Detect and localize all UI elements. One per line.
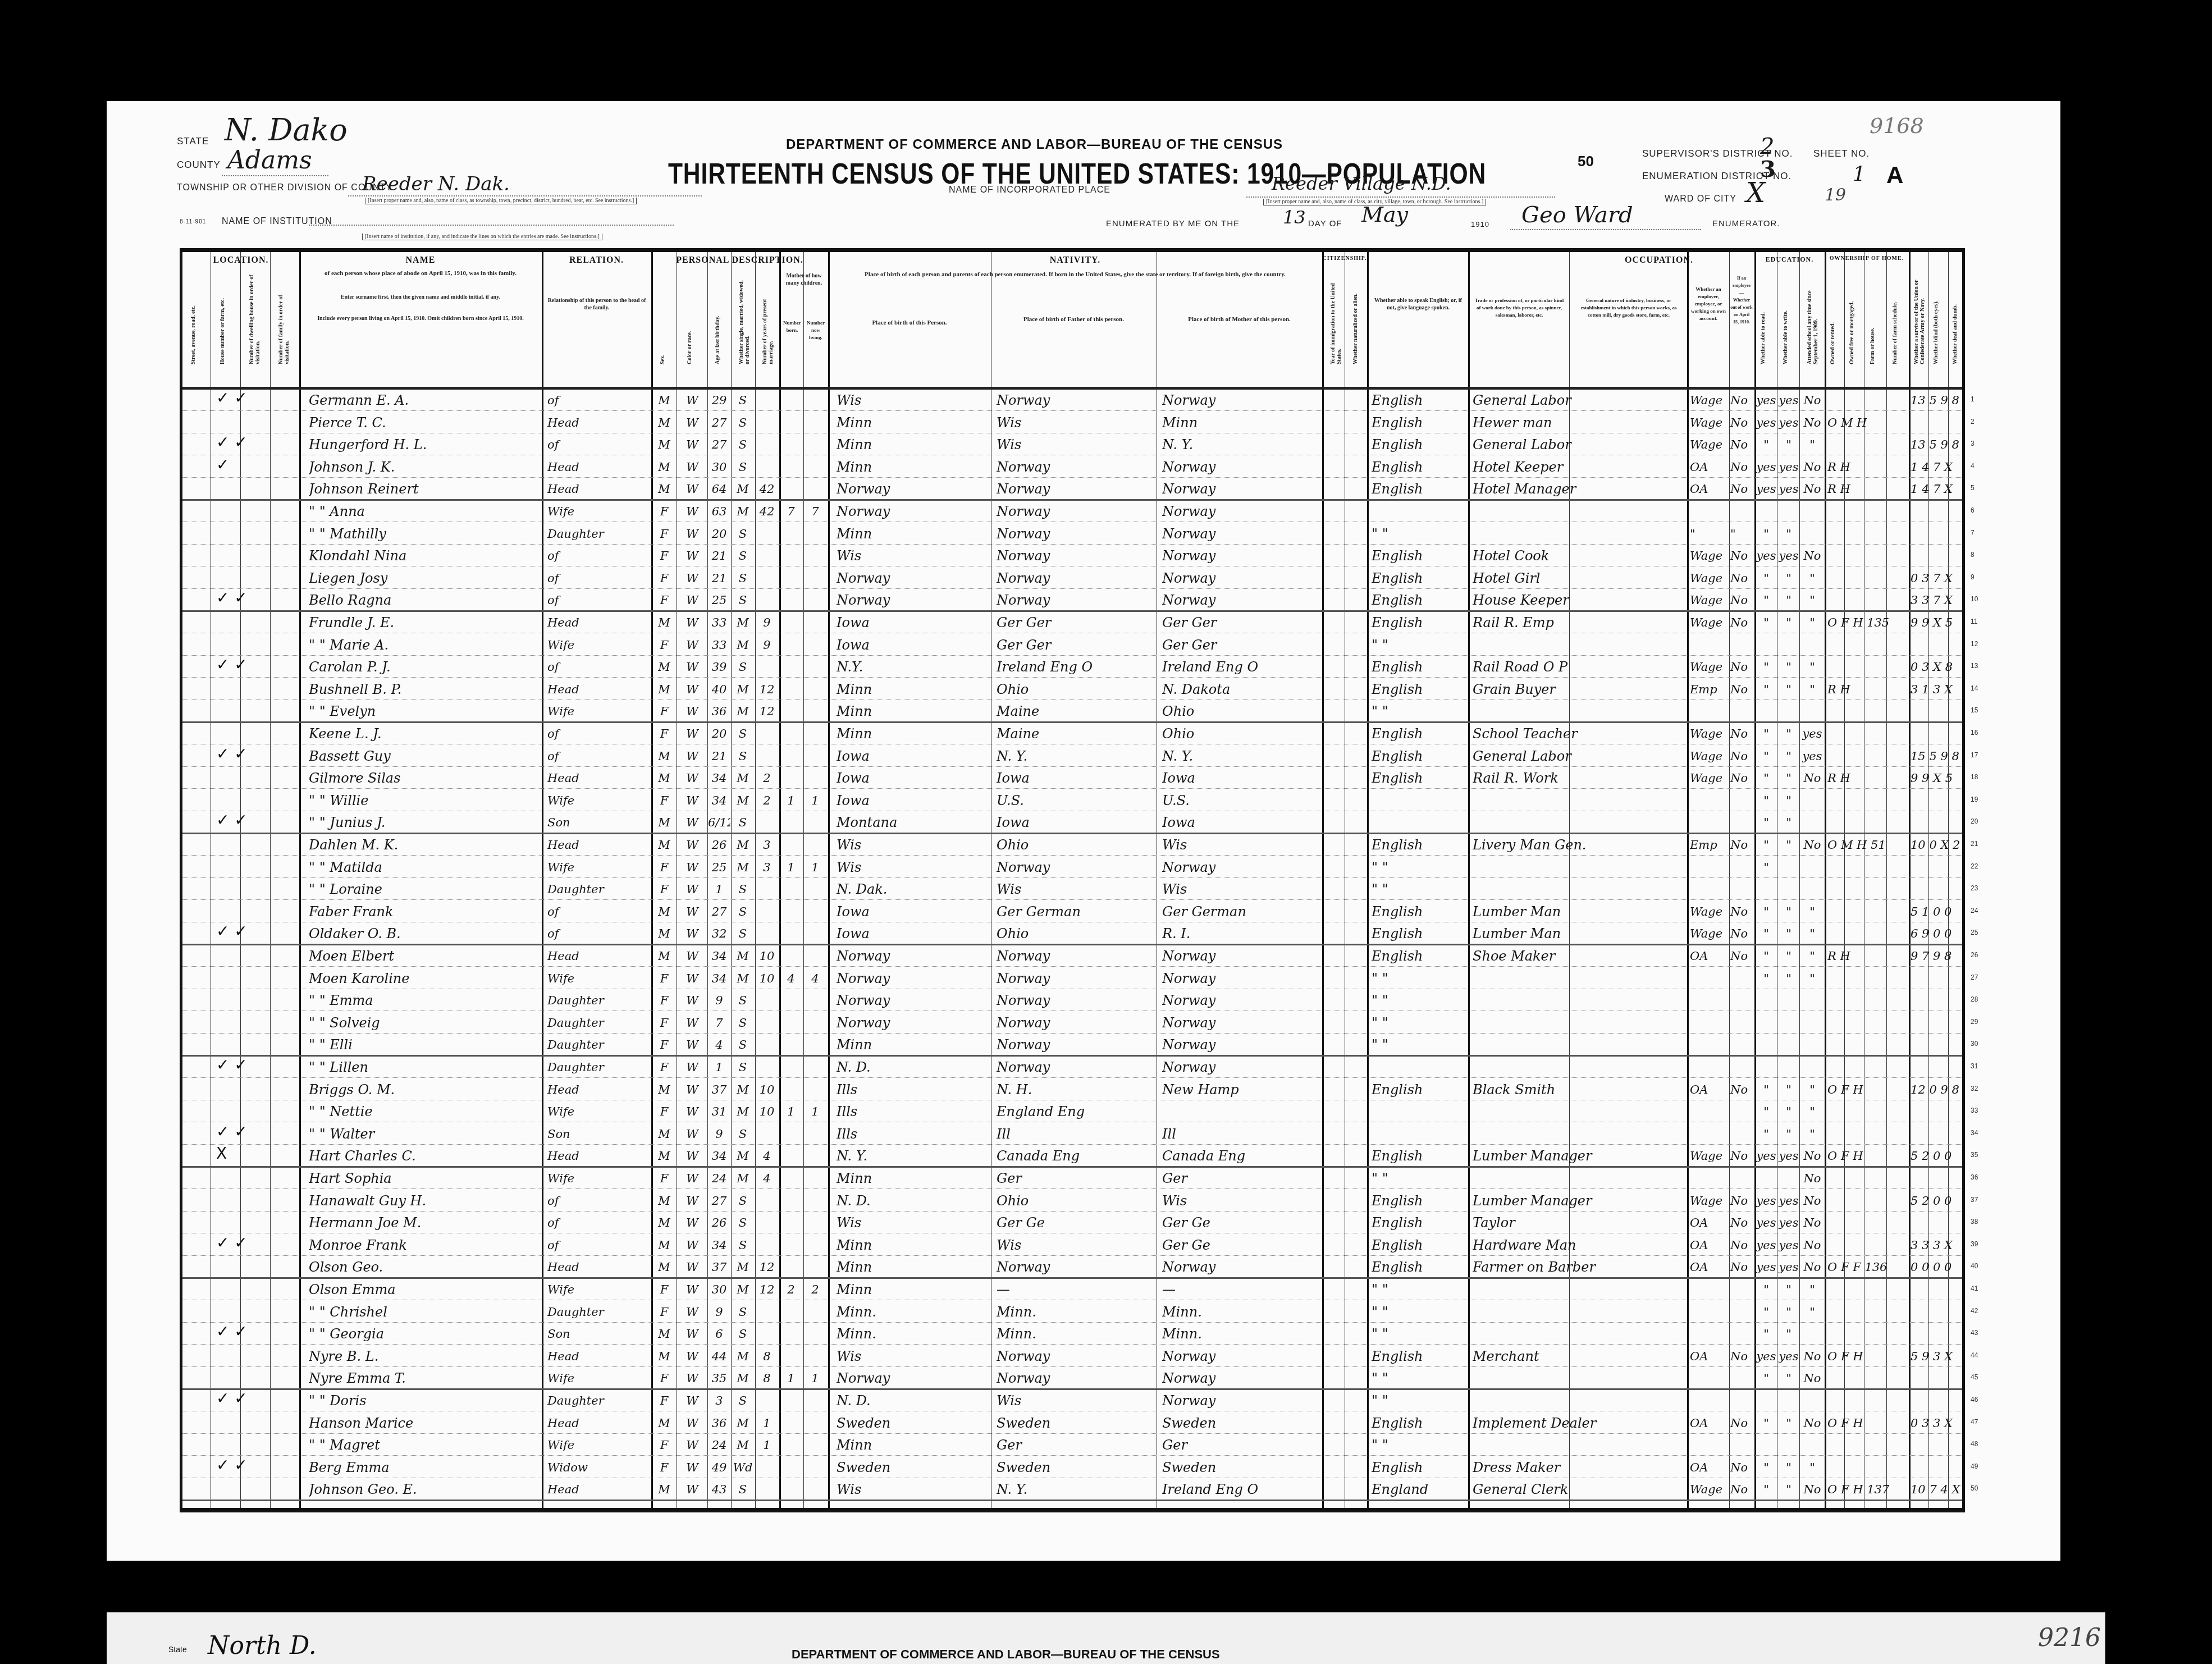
can-read: yes	[1756, 413, 1777, 432]
years-married: 12	[756, 680, 778, 699]
marital-status: M	[732, 680, 754, 699]
can-write: "	[1778, 947, 1799, 966]
age: 35	[708, 1369, 730, 1388]
sex: F	[653, 524, 675, 543]
birthplace: Wis	[837, 1213, 988, 1232]
can-read: "	[1756, 524, 1777, 543]
can-write: "	[1778, 835, 1799, 854]
attended-school: No	[1800, 391, 1824, 410]
person-name: Keene L. J.	[309, 724, 539, 743]
mother-birthplace: New Hamp	[1162, 1080, 1319, 1099]
mother-birthplace: Norway	[1162, 502, 1319, 521]
mother-birthplace: Norway	[1162, 524, 1319, 543]
marital-status: S	[732, 657, 754, 676]
mother-birthplace: Ger	[1162, 1169, 1319, 1188]
mother-birthplace: Norway	[1162, 591, 1319, 610]
age: 21	[708, 569, 730, 588]
home-ownership	[1827, 1369, 1909, 1388]
years-married: 8	[756, 1369, 778, 1388]
coding-marks	[1911, 1013, 1967, 1032]
can-write: "	[1778, 902, 1799, 921]
coding-marks: 12 0 9 8	[1911, 1080, 1967, 1099]
marital-status: M	[732, 613, 754, 632]
children-living	[804, 1124, 826, 1144]
subheader-farm-schedule: Number of farm schedule.	[1892, 275, 1898, 364]
children-born	[780, 435, 802, 454]
father-birthplace: N. H.	[997, 1080, 1154, 1099]
can-read: "	[1756, 1324, 1777, 1343]
age: 37	[708, 1258, 730, 1277]
children-living	[804, 813, 826, 832]
attended-school: "	[1800, 613, 1824, 632]
birthplace: Iowa	[837, 769, 988, 788]
table-row: Liegen Josy of F W 21 S Norway Norway No…	[182, 568, 1962, 589]
children-born	[780, 1436, 802, 1455]
father-birthplace: Norway	[997, 1369, 1154, 1388]
marital-status: S	[732, 391, 754, 410]
race: W	[678, 613, 707, 632]
home-ownership	[1827, 902, 1909, 921]
marital-status: S	[732, 1058, 754, 1077]
sex: F	[653, 1102, 675, 1121]
attended-school: "	[1800, 969, 1824, 988]
home-ownership: O M H 51	[1827, 835, 1909, 854]
marital-status: S	[732, 1324, 754, 1343]
children-living: 1	[804, 791, 826, 810]
occupation: Livery Man Gen.	[1473, 835, 1680, 854]
coding-marks: 3 3 3 X	[1911, 1236, 1967, 1255]
out-of-work: No	[1730, 835, 1754, 854]
person-name: " " Loraine	[309, 880, 539, 899]
children-born	[780, 613, 802, 632]
home-ownership	[1827, 791, 1909, 810]
out-of-work: No	[1730, 1191, 1754, 1210]
marital-status: M	[732, 947, 754, 966]
line-number: 6	[1971, 506, 1975, 514]
birthplace: Wis	[837, 1480, 988, 1499]
age: 34	[708, 1146, 730, 1165]
coding-marks	[1911, 1458, 1967, 1477]
sex: F	[653, 1458, 675, 1477]
home-ownership	[1827, 924, 1909, 943]
language: English	[1372, 1236, 1466, 1255]
relation: of	[547, 724, 648, 743]
person-name: Hanson Marice	[309, 1414, 539, 1433]
mother-birthplace: Minn.	[1162, 1324, 1319, 1343]
checkmark-icon: ✓ ✓	[216, 1055, 248, 1074]
occupation: General Clerk	[1473, 1480, 1680, 1499]
occupation: Merchant	[1473, 1347, 1680, 1366]
can-write	[1778, 1436, 1799, 1455]
coding-marks	[1911, 1102, 1967, 1121]
person-name: " " Lillen	[309, 1058, 539, 1077]
checkmark-icon: ✓ ✓	[216, 744, 248, 763]
employment-class: OA	[1690, 1236, 1728, 1255]
race: W	[678, 569, 707, 588]
person-name: " " Willie	[309, 791, 539, 810]
can-read	[1756, 502, 1777, 521]
birthplace: Wis	[837, 835, 988, 854]
attended-school: "	[1800, 1080, 1824, 1099]
sex: M	[653, 680, 675, 699]
employment-class: Wage	[1690, 769, 1728, 788]
marital-status: S	[732, 1236, 754, 1255]
children-living	[804, 435, 826, 454]
line-number: 34	[1971, 1129, 1978, 1137]
person-name: Johnson Geo. E.	[309, 1480, 539, 1499]
sex: M	[653, 413, 675, 432]
sex: M	[653, 769, 675, 788]
father-birthplace: Maine	[997, 702, 1154, 721]
line-number: 15	[1971, 706, 1978, 714]
attended-school: No	[1800, 1146, 1824, 1165]
table-row: " " Solveig Daughter F W 7 S Norway Norw…	[182, 1012, 1962, 1034]
language: English	[1372, 591, 1466, 610]
language: English	[1372, 458, 1466, 477]
employment-class	[1690, 1436, 1728, 1455]
township-label: Township or other division of county	[177, 183, 392, 193]
birthplace: Norway	[837, 969, 988, 988]
home-ownership	[1827, 1035, 1909, 1054]
children-living	[804, 702, 826, 721]
mother-birthplace: Norway	[1162, 1035, 1319, 1054]
years-married	[756, 1213, 778, 1232]
language: English	[1372, 1191, 1466, 1210]
years-married: 8	[756, 1347, 778, 1366]
home-ownership	[1827, 702, 1909, 721]
attended-school: No	[1800, 1236, 1824, 1255]
relation: Son	[547, 1324, 648, 1343]
sex: F	[653, 702, 675, 721]
person-name: Oldaker O. B.	[309, 924, 539, 943]
language: " "	[1372, 1169, 1466, 1188]
can-read: "	[1756, 902, 1777, 921]
home-ownership	[1827, 858, 1909, 877]
employment-class: OA	[1690, 458, 1728, 477]
age: 36	[708, 702, 730, 721]
birthplace: Ills	[837, 1080, 988, 1099]
years-married	[756, 458, 778, 477]
father-birthplace: Ohio	[997, 835, 1154, 854]
person-name: Hart Charles C.	[309, 1146, 539, 1165]
can-write: "	[1778, 1302, 1799, 1322]
can-read: "	[1756, 1102, 1777, 1121]
relation: Widow	[547, 1458, 648, 1477]
subheader-language: Whether able to speak English; or, if no…	[1373, 297, 1464, 312]
father-birthplace: Ohio	[997, 924, 1154, 943]
marital-status: M	[732, 1436, 754, 1455]
person-name: Briggs O. M.	[309, 1080, 539, 1099]
race: W	[678, 458, 707, 477]
language: English	[1372, 835, 1466, 854]
children-living	[804, 1347, 826, 1366]
home-ownership	[1827, 569, 1909, 588]
race: W	[678, 1391, 707, 1410]
children-living	[804, 947, 826, 966]
father-birthplace: Norway	[997, 502, 1154, 521]
sex: M	[653, 458, 675, 477]
language: English	[1372, 479, 1466, 499]
age: 27	[708, 435, 730, 454]
race: W	[678, 1236, 707, 1255]
children-living	[804, 1458, 826, 1477]
birthplace: Minn	[837, 680, 988, 699]
race: W	[678, 880, 707, 899]
subheader-street: Street, avenue, road, etc.	[190, 275, 196, 364]
race: W	[678, 391, 707, 410]
coding-marks: 1 4 7 X	[1911, 458, 1967, 477]
can-read	[1756, 1436, 1777, 1455]
birthplace: Ills	[837, 1102, 988, 1121]
mother-birthplace: N. Dakota	[1162, 680, 1319, 699]
relation: Head	[547, 1258, 648, 1277]
father-birthplace: Ger Ger	[997, 636, 1154, 655]
attended-school	[1800, 991, 1824, 1010]
coding-marks: 3 3 7 X	[1911, 591, 1967, 610]
children-born: 1	[780, 1369, 802, 1388]
coding-marks: 13 5 9 8	[1911, 435, 1967, 454]
mother-birthplace: Norway	[1162, 991, 1319, 1010]
age: 34	[708, 1236, 730, 1255]
years-married: 3	[756, 858, 778, 877]
coding-marks: 5 1 0 0	[1911, 902, 1967, 921]
language: " "	[1372, 1013, 1466, 1032]
children-born	[780, 769, 802, 788]
employment-class	[1690, 636, 1728, 655]
age: 25	[708, 591, 730, 610]
coding-marks	[1911, 880, 1967, 899]
birthplace: Minn	[837, 524, 988, 543]
years-married: 10	[756, 969, 778, 988]
home-ownership	[1827, 657, 1909, 676]
birthplace: Norway	[837, 591, 988, 610]
can-write: "	[1778, 1324, 1799, 1343]
employment-class: OA	[1690, 479, 1728, 499]
table-row: Johnson Reinert Head M W 64 M 42 Norway …	[182, 478, 1962, 501]
table-row: Frundle J. E. Head M W 33 M 9 Iowa Ger G…	[182, 612, 1962, 633]
person-name: Nyre B. L.	[309, 1347, 539, 1366]
years-married	[756, 1058, 778, 1077]
age: 21	[708, 747, 730, 766]
race: W	[678, 546, 707, 565]
subheader-veteran: Whether a survivor of the Union or Confe…	[1913, 258, 1926, 364]
sex: M	[653, 613, 675, 632]
age: 43	[708, 1480, 730, 1499]
employment-class	[1690, 1169, 1728, 1188]
sex: F	[653, 880, 675, 899]
mother-birthplace: Norway	[1162, 569, 1319, 588]
department-heading: DEPARTMENT OF COMMERCE AND LABOR—BUREAU …	[786, 137, 1283, 153]
home-ownership: O F H	[1827, 1347, 1909, 1366]
years-married	[756, 1324, 778, 1343]
marital-status: S	[732, 724, 754, 743]
employment-class	[1690, 1013, 1728, 1032]
mother-birthplace: R. I.	[1162, 924, 1319, 943]
attended-school: No	[1800, 1169, 1824, 1188]
father-birthplace: Iowa	[997, 813, 1154, 832]
coding-marks: 5 2 0 0	[1911, 1146, 1967, 1165]
coding-marks	[1911, 858, 1967, 877]
person-name: " " Junius J.	[309, 813, 539, 832]
children-born	[780, 391, 802, 410]
relation: Wife	[547, 1280, 648, 1299]
occupation	[1473, 1035, 1680, 1054]
enumerated-label: Enumerated by me on the	[1106, 219, 1240, 228]
marital-status: M	[732, 1146, 754, 1165]
population-schedule-table: LOCATION. NAME RELATION. PERSONAL DESCRI…	[180, 248, 1965, 1512]
person-name: " " Walter	[309, 1124, 539, 1144]
race: W	[678, 680, 707, 699]
attended-school: yes	[1800, 747, 1824, 766]
mother-birthplace: Norway	[1162, 947, 1319, 966]
attended-school: No	[1800, 1347, 1824, 1366]
line-number: 13	[1971, 662, 1978, 670]
subheader-write: Whether able to write.	[1783, 275, 1789, 364]
age: 9	[708, 1124, 730, 1144]
race: W	[678, 1169, 707, 1188]
out-of-work	[1730, 1302, 1754, 1322]
age: 27	[708, 1191, 730, 1210]
home-ownership	[1827, 1058, 1909, 1077]
children-living	[804, 413, 826, 432]
occupation	[1473, 636, 1680, 655]
can-write: "	[1778, 657, 1799, 676]
can-write: "	[1778, 680, 1799, 699]
person-name: " " Elli	[309, 1035, 539, 1054]
employment-class: Wage	[1690, 902, 1728, 921]
language: English	[1372, 724, 1466, 743]
coding-marks	[1911, 991, 1967, 1010]
home-ownership	[1827, 1391, 1909, 1410]
can-write	[1778, 502, 1799, 521]
father-birthplace: Wis	[997, 435, 1154, 454]
out-of-work: No	[1730, 1236, 1754, 1255]
person-name: Pierce T. C.	[309, 413, 539, 432]
marital-status: S	[732, 591, 754, 610]
can-read: "	[1756, 657, 1777, 676]
years-married	[756, 1302, 778, 1322]
out-of-work	[1730, 1124, 1754, 1144]
out-of-work	[1730, 880, 1754, 899]
birthplace: N.Y.	[837, 657, 988, 676]
group-ownership: OWNERSHIP OF HOME.	[1825, 255, 1909, 262]
can-write: "	[1778, 724, 1799, 743]
birthplace: Minn	[837, 435, 988, 454]
employment-class	[1690, 1102, 1728, 1121]
coding-marks: 13 5 9 8	[1911, 391, 1967, 410]
age: 24	[708, 1169, 730, 1188]
race: W	[678, 791, 707, 810]
can-write: "	[1778, 1280, 1799, 1299]
marital-status: Wd	[732, 1458, 754, 1477]
coding-marks	[1911, 1035, 1967, 1054]
ward-label: Ward of city	[1665, 194, 1736, 204]
home-ownership: R H	[1827, 479, 1909, 499]
mother-birthplace: Sweden	[1162, 1458, 1319, 1477]
person-name: Frundle J. E.	[309, 613, 539, 632]
age: 39	[708, 657, 730, 676]
birthplace: Sweden	[837, 1414, 988, 1433]
father-birthplace: Ill	[997, 1124, 1154, 1144]
father-birthplace: Minn.	[997, 1302, 1154, 1322]
relation: Head	[547, 1414, 648, 1433]
coding-marks	[1911, 1324, 1967, 1343]
sex: F	[653, 636, 675, 655]
sex: M	[653, 1324, 675, 1343]
line-number: 27	[1971, 973, 1978, 981]
occupation	[1473, 1169, 1680, 1188]
occupation: Lumber Man	[1473, 924, 1680, 943]
table-row: Pierce T. C. Head M W 27 S Minn Wis Minn…	[182, 412, 1962, 433]
language: " "	[1372, 702, 1466, 721]
employment-class	[1690, 1324, 1728, 1343]
children-living	[804, 1191, 826, 1210]
father-birthplace: Norway	[997, 1035, 1154, 1054]
relation: of	[547, 1191, 648, 1210]
sex: F	[653, 1280, 675, 1299]
relation: Head	[547, 1080, 648, 1099]
mother-birthplace: Wis	[1162, 880, 1319, 899]
out-of-work	[1730, 702, 1754, 721]
years-married: 2	[756, 769, 778, 788]
table-row: " " Loraine Daughter F W 1 S N. Dak. Wis…	[182, 879, 1962, 900]
subheader-marital: Whether single, married, widowed, or div…	[738, 275, 751, 364]
can-read: yes	[1756, 1236, 1777, 1255]
father-birthplace: Ger	[997, 1169, 1154, 1188]
attended-school	[1800, 1391, 1824, 1410]
mother-birthplace: Iowa	[1162, 769, 1319, 788]
father-birthplace: Sweden	[997, 1414, 1154, 1433]
out-of-work	[1730, 1035, 1754, 1054]
line-number: 30	[1971, 1040, 1978, 1048]
home-ownership: O F H 135	[1827, 613, 1909, 632]
attended-school	[1800, 791, 1824, 810]
attended-school	[1800, 702, 1824, 721]
race: W	[678, 1213, 707, 1232]
marital-status: M	[732, 502, 754, 521]
line-number: 8	[1971, 551, 1975, 559]
subheader-birth-father: Place of birth of Father of this person.	[997, 316, 1151, 323]
relation: Head	[547, 1480, 648, 1499]
home-ownership	[1827, 1102, 1909, 1121]
children-born	[780, 591, 802, 610]
relation: Son	[547, 1124, 648, 1144]
can-write: "	[1778, 1080, 1799, 1099]
employment-class: OA	[1690, 1347, 1728, 1366]
children-living: 4	[804, 969, 826, 988]
out-of-work: No	[1730, 591, 1754, 610]
children-living	[804, 1146, 826, 1165]
home-ownership	[1827, 546, 1909, 565]
birthplace: Wis	[837, 391, 988, 410]
age: 32	[708, 924, 730, 943]
table-row: Moen Elbert Head M W 34 M 10 Norway Norw…	[182, 945, 1962, 967]
attended-school	[1800, 636, 1824, 655]
out-of-work: No	[1730, 1080, 1754, 1099]
father-birthplace: Ger German	[997, 902, 1154, 921]
years-married	[756, 1458, 778, 1477]
coding-marks	[1911, 1169, 1967, 1188]
out-of-work: No	[1730, 747, 1754, 766]
father-birthplace: Norway	[997, 1258, 1154, 1277]
years-married: 4	[756, 1169, 778, 1188]
checkmark-icon: ✓ ✓	[216, 588, 248, 607]
children-living	[804, 1302, 826, 1322]
form-code: 8-11-901	[180, 219, 206, 225]
table-row: ✓ ✓ " " Georgia Son M W 6 S Minn. Minn. …	[182, 1323, 1962, 1345]
line-number: 20	[1971, 817, 1978, 825]
home-ownership: O F H 137	[1827, 1480, 1909, 1499]
